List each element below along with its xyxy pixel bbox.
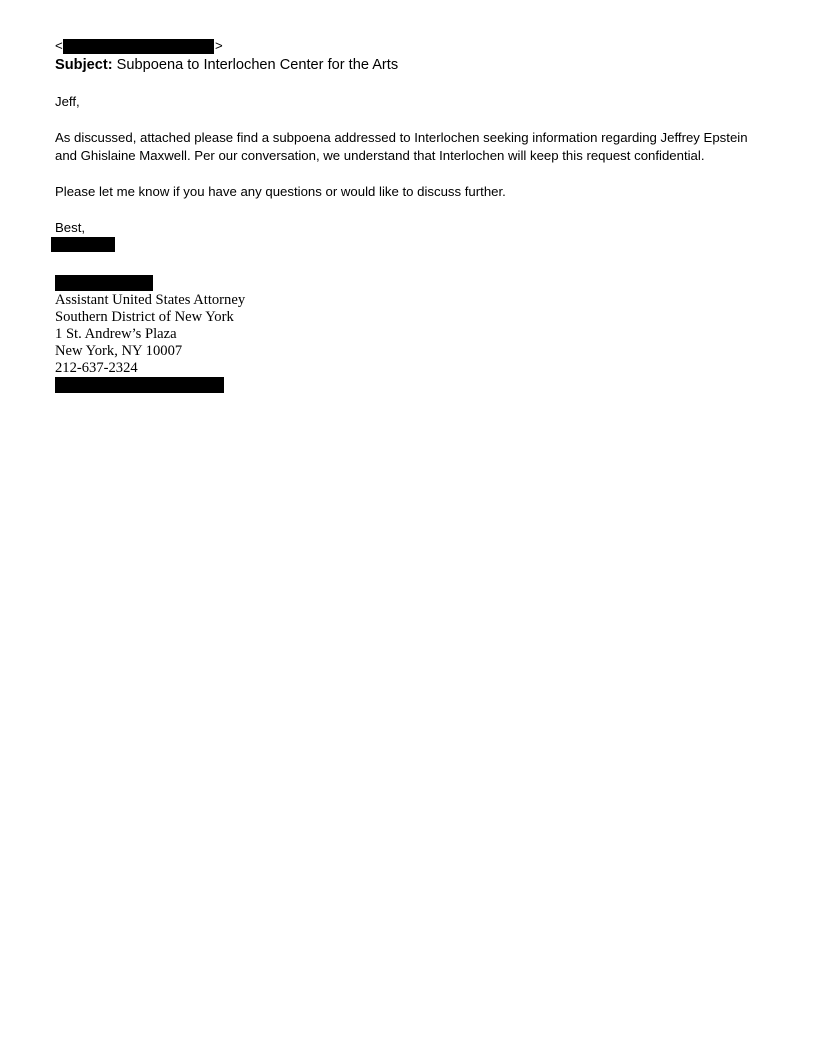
redacted-sender-full-name (55, 275, 153, 291)
paragraph-2: Please let me know if you have any quest… (55, 183, 506, 200)
signature-address-line-2: New York, NY 10007 (55, 343, 182, 360)
signature-title: Assistant United States Attorney (55, 292, 245, 309)
paragraph-1-line-2: and Ghislaine Maxwell. Per our conversat… (55, 147, 704, 164)
recipient-open-bracket: < (55, 38, 63, 53)
redacted-sender-first-name (51, 237, 115, 252)
subject-text: Subpoena to Interlochen Center for the A… (113, 57, 399, 73)
redacted-recipient-email (63, 39, 214, 54)
closing: Best, (55, 219, 85, 236)
greeting: Jeff, (55, 93, 80, 110)
subject-line: Subject: Subpoena to Interlochen Center … (55, 57, 398, 74)
signature-office: Southern District of New York (55, 309, 234, 326)
signature-phone: 212-637-2324 (55, 360, 138, 377)
paragraph-1-line-1: As discussed, attached please find a sub… (55, 129, 748, 146)
redacted-sender-email (55, 377, 224, 393)
recipient-close-bracket: > (215, 38, 223, 53)
signature-address-line-1: 1 St. Andrew’s Plaza (55, 326, 177, 343)
subject-label: Subject: (55, 57, 113, 73)
